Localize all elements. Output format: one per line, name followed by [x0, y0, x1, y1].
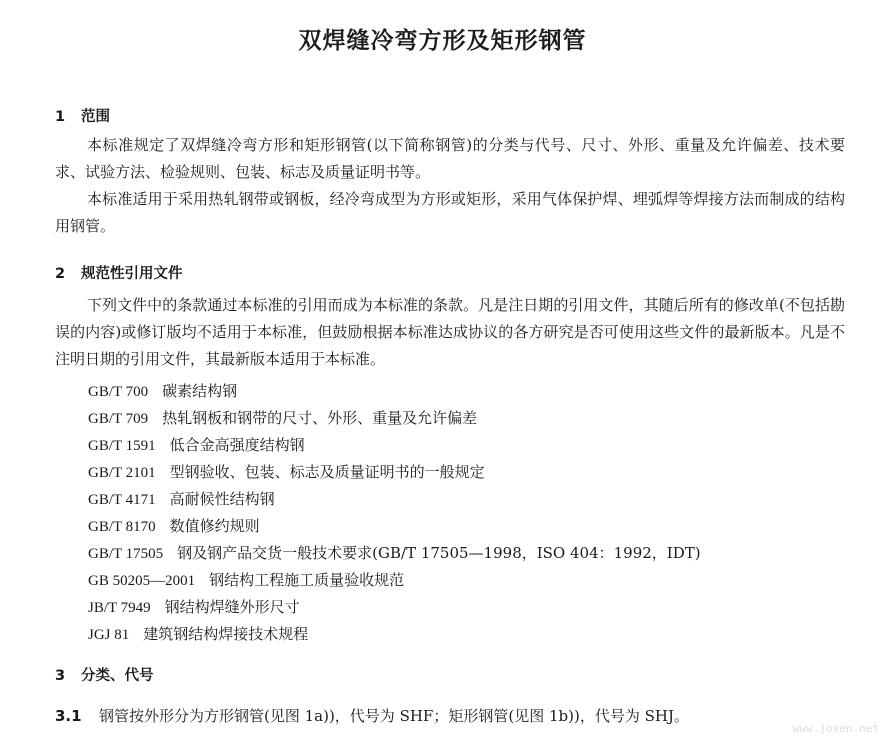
section-number: 1 [55, 109, 81, 125]
section-title: 分类、代号 [81, 668, 154, 684]
reference-item: JGJ 81建筑钢结构焊接技术规程 [88, 623, 308, 644]
reference-title: 钢结构焊缝外形尺寸 [165, 598, 300, 616]
reference-item: GB/T 8170数值修约规则 [88, 515, 260, 536]
reference-code: GB/T 8170 [88, 519, 156, 535]
reference-code: GB/T 709 [88, 411, 148, 427]
watermark: www.josen.net [793, 722, 879, 735]
clause-3-1: 3.1钢管按外形分为方形钢管(见图 1a))，代号为 SHF；矩形钢管(见图 1… [55, 705, 689, 726]
reference-code: JGJ 81 [88, 627, 129, 643]
reference-item: GB 50205—2001钢结构工程施工质量验收规范 [88, 569, 404, 590]
reference-code: GB/T 4171 [88, 492, 156, 508]
section-1-paragraph-2: 本标准适用于采用热轧钢带或钢板，经冷弯成型为方形或矩形，采用气体保护焊、埋弧焊等… [55, 186, 845, 240]
reference-title: 型钢验收、包装、标志及质量证明书的一般规定 [170, 463, 485, 481]
section-1-paragraph-1: 本标准规定了双焊缝冷弯方形和矩形钢管(以下简称钢管)的分类与代号、尺寸、外形、重… [55, 132, 845, 186]
section-title: 规范性引用文件 [81, 266, 183, 282]
reference-item: GB/T 4171高耐候性结构钢 [88, 488, 275, 509]
section-number: 2 [55, 266, 81, 282]
reference-code: JB/T 7949 [88, 600, 151, 616]
reference-item: GB/T 2101型钢验收、包装、标志及质量证明书的一般规定 [88, 461, 485, 482]
reference-title: 热轧钢板和钢带的尺寸、外形、重量及允许偏差 [162, 409, 477, 427]
section-3-heading: 3分类、代号 [55, 664, 154, 685]
reference-title: 建筑钢结构焊接技术规程 [143, 625, 308, 643]
section-1-heading: 1范围 [55, 105, 110, 126]
reference-title: 数值修约规则 [170, 517, 260, 535]
reference-title: 高耐候性结构钢 [170, 490, 275, 508]
reference-code: GB 50205—2001 [88, 573, 195, 589]
section-2-paragraph-1: 下列文件中的条款通过本标准的引用而成为本标准的条款。凡是注日期的引用文件，其随后… [55, 292, 845, 373]
reference-code: GB/T 2101 [88, 465, 156, 481]
reference-item: GB/T 1591低合金高强度结构钢 [88, 434, 305, 455]
reference-code: GB/T 17505 [88, 546, 163, 562]
section-title: 范围 [81, 109, 110, 125]
reference-title: 低合金高强度结构钢 [170, 436, 305, 454]
clause-number: 3.1 [55, 707, 99, 725]
reference-code: GB/T 700 [88, 384, 148, 400]
reference-title: 钢及钢产品交货一般技术要求(GB/T 17505—1998，ISO 404：19… [177, 544, 700, 562]
reference-item: GB/T 700碳素结构钢 [88, 380, 237, 401]
reference-title: 碳素结构钢 [162, 382, 237, 400]
reference-item: GB/T 709热轧钢板和钢带的尺寸、外形、重量及允许偏差 [88, 407, 477, 428]
reference-code: GB/T 1591 [88, 438, 156, 454]
section-number: 3 [55, 668, 81, 684]
reference-item: JB/T 7949钢结构焊缝外形尺寸 [88, 596, 300, 617]
clause-text: 钢管按外形分为方形钢管(见图 1a))，代号为 SHF；矩形钢管(见图 1b))… [99, 707, 689, 725]
section-2-heading: 2规范性引用文件 [55, 262, 183, 283]
reference-title: 钢结构工程施工质量验收规范 [209, 571, 404, 589]
document-title: 双焊缝冷弯方形及矩形钢管 [0, 22, 885, 55]
reference-item: GB/T 17505钢及钢产品交货一般技术要求(GB/T 17505—1998，… [88, 542, 701, 563]
